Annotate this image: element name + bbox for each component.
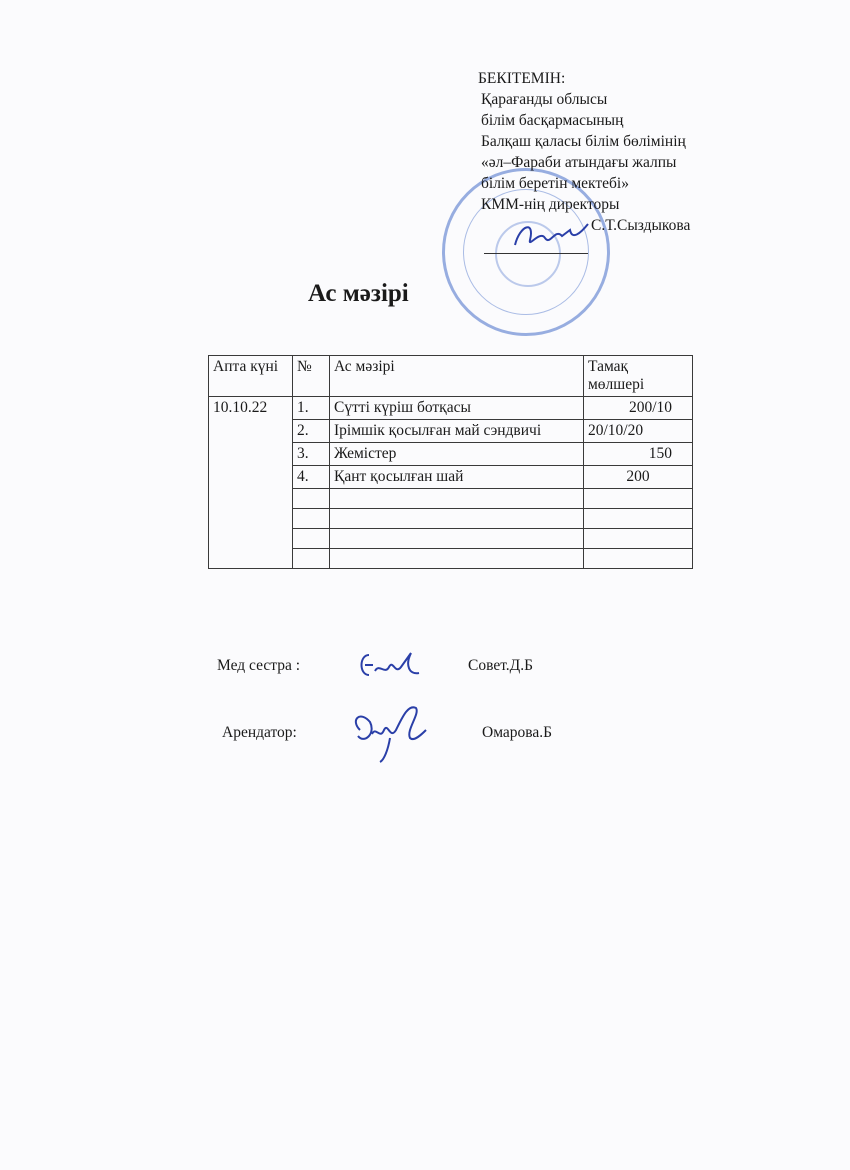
signature-line bbox=[484, 253, 588, 254]
approval-line: Балқаш қаласы білім бөлімінің bbox=[481, 131, 690, 152]
menu-table: Апта күні № Ас мәзірі Тамақ мөлшері 10.1… bbox=[208, 355, 693, 569]
cell-dish: Жемістер bbox=[330, 443, 584, 466]
cell-quantity: 20/10/20 bbox=[584, 420, 693, 443]
approval-line: білім басқармасының bbox=[481, 110, 690, 131]
tenant-label: Арендатор: bbox=[222, 724, 297, 742]
approval-line: Қарағанды облысы bbox=[481, 89, 690, 110]
header-dish: Ас мәзірі bbox=[330, 356, 584, 397]
approval-line: «әл–Фараби атындағы жалпы bbox=[481, 152, 690, 173]
table-row: 10.10.22 1. Сүтті күріш ботқасы 200/10 bbox=[209, 397, 693, 420]
nurse-name: Совет.Д.Б bbox=[468, 657, 533, 675]
cell-number: 2. bbox=[293, 420, 330, 443]
director-signature bbox=[510, 220, 590, 252]
cell-dish: Сүтті күріш ботқасы bbox=[330, 397, 584, 420]
approval-line: білім беретін мектебі» bbox=[481, 173, 690, 194]
cell-number: 4. bbox=[293, 466, 330, 489]
header-day: Апта күні bbox=[209, 356, 293, 397]
cell-dish: Ірімшік қосылған май сэндвичі bbox=[330, 420, 584, 443]
cell-dish: Қант қосылған шай bbox=[330, 466, 584, 489]
cell-quantity: 200 bbox=[584, 466, 693, 489]
nurse-label: Мед сестра : bbox=[217, 657, 300, 675]
approval-line: КММ-нің директоры bbox=[481, 194, 690, 215]
cell-quantity: 150 bbox=[584, 443, 693, 466]
tenant-name: Омарова.Б bbox=[482, 724, 552, 742]
cell-number: 1. bbox=[293, 397, 330, 420]
cell-quantity: 200/10 bbox=[584, 397, 693, 420]
approval-heading: БЕКІТЕМІН: bbox=[478, 68, 690, 89]
table-header-row: Апта күні № Ас мәзірі Тамақ мөлшері bbox=[209, 356, 693, 397]
nurse-signature bbox=[355, 645, 425, 685]
cell-date: 10.10.22 bbox=[209, 397, 293, 569]
tenant-signature bbox=[350, 700, 420, 764]
director-name: С.Т.Сыздыкова bbox=[591, 215, 690, 236]
approval-block: БЕКІТЕМІН: Қарағанды облысы білім басқар… bbox=[481, 68, 690, 236]
header-number: № bbox=[293, 356, 330, 397]
page-title: Ас мәзірі bbox=[308, 280, 409, 308]
header-quantity: Тамақ мөлшері bbox=[584, 356, 693, 397]
cell-number: 3. bbox=[293, 443, 330, 466]
